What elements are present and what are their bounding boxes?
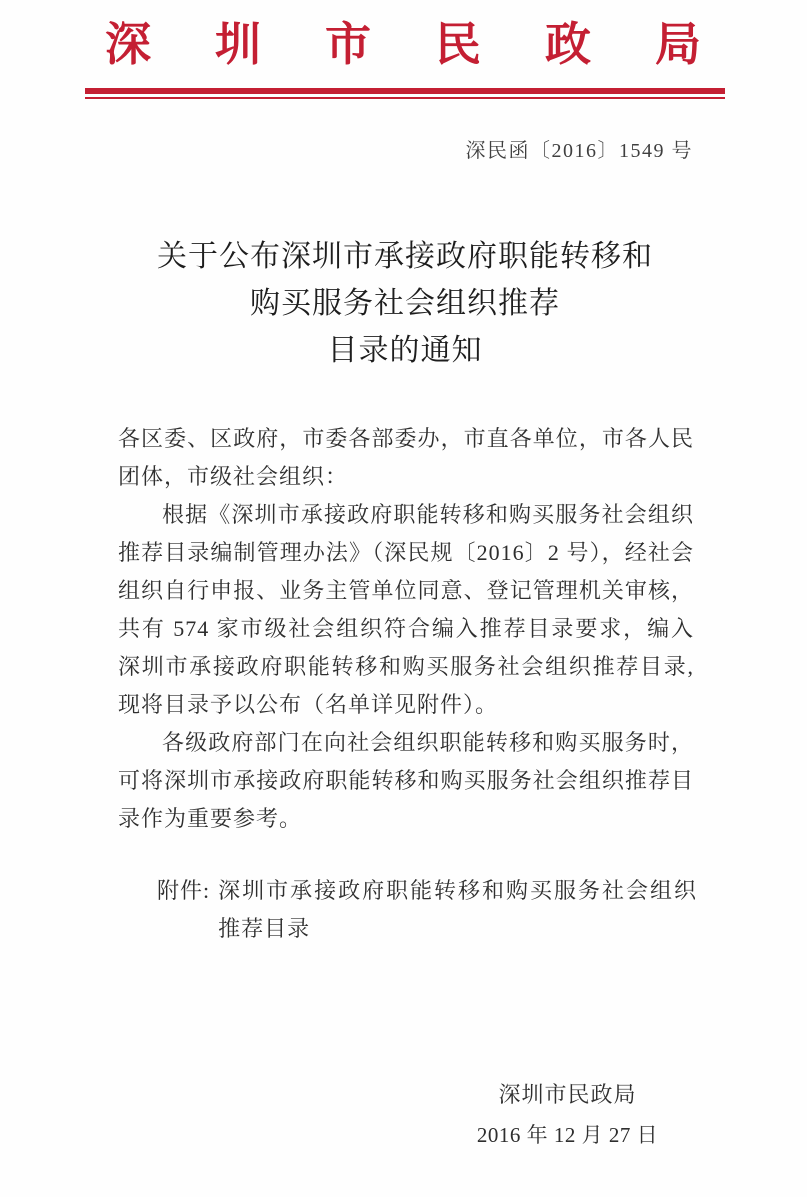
document-body: 各区委、区政府，市委各部委办，市直各单位，市各人民团体，市级社会组织： 根据《深… bbox=[118, 420, 694, 838]
agency-letterhead-title: 深圳市民政局 bbox=[105, 22, 765, 68]
document-title-line-3: 目录的通知 bbox=[118, 327, 692, 374]
body-paragraph-1: 根据《深圳市承接政府职能转移和购买服务社会组织推荐目录编制管理办法》（深民规〔2… bbox=[118, 496, 694, 724]
attachment-note: 附件: 深圳市承接政府职能转移和购买服务社会组织推荐目录 bbox=[157, 872, 697, 948]
red-divider-thin bbox=[85, 97, 725, 99]
signature-date: 2016 年 12 月 27 日 bbox=[445, 1119, 690, 1149]
document-title: 关于公布深圳市承接政府职能转移和 购买服务社会组织推荐 目录的通知 bbox=[118, 233, 692, 374]
salutation-paragraph: 各区委、区政府，市委各部委办，市直各单位，市各人民团体，市级社会组织： bbox=[118, 420, 694, 496]
document-page: 深圳市民政局 深民函〔2016〕1549 号 关于公布深圳市承接政府职能转移和 … bbox=[0, 0, 807, 1197]
signature-agency: 深圳市民政局 bbox=[445, 1078, 690, 1109]
document-title-line-2: 购买服务社会组织推荐 bbox=[118, 280, 692, 327]
document-number: 深民函〔2016〕1549 号 bbox=[466, 134, 694, 163]
attachment-label: 附件: bbox=[157, 872, 210, 948]
attachment-title: 深圳市承接政府职能转移和购买服务社会组织推荐目录 bbox=[218, 872, 697, 948]
body-paragraph-2: 各级政府部门在向社会组织职能转移和购买服务时，可将深圳市承接政府职能转移和购买服… bbox=[118, 724, 694, 838]
red-divider-thick bbox=[85, 88, 725, 94]
document-title-line-1: 关于公布深圳市承接政府职能转移和 bbox=[118, 233, 692, 280]
